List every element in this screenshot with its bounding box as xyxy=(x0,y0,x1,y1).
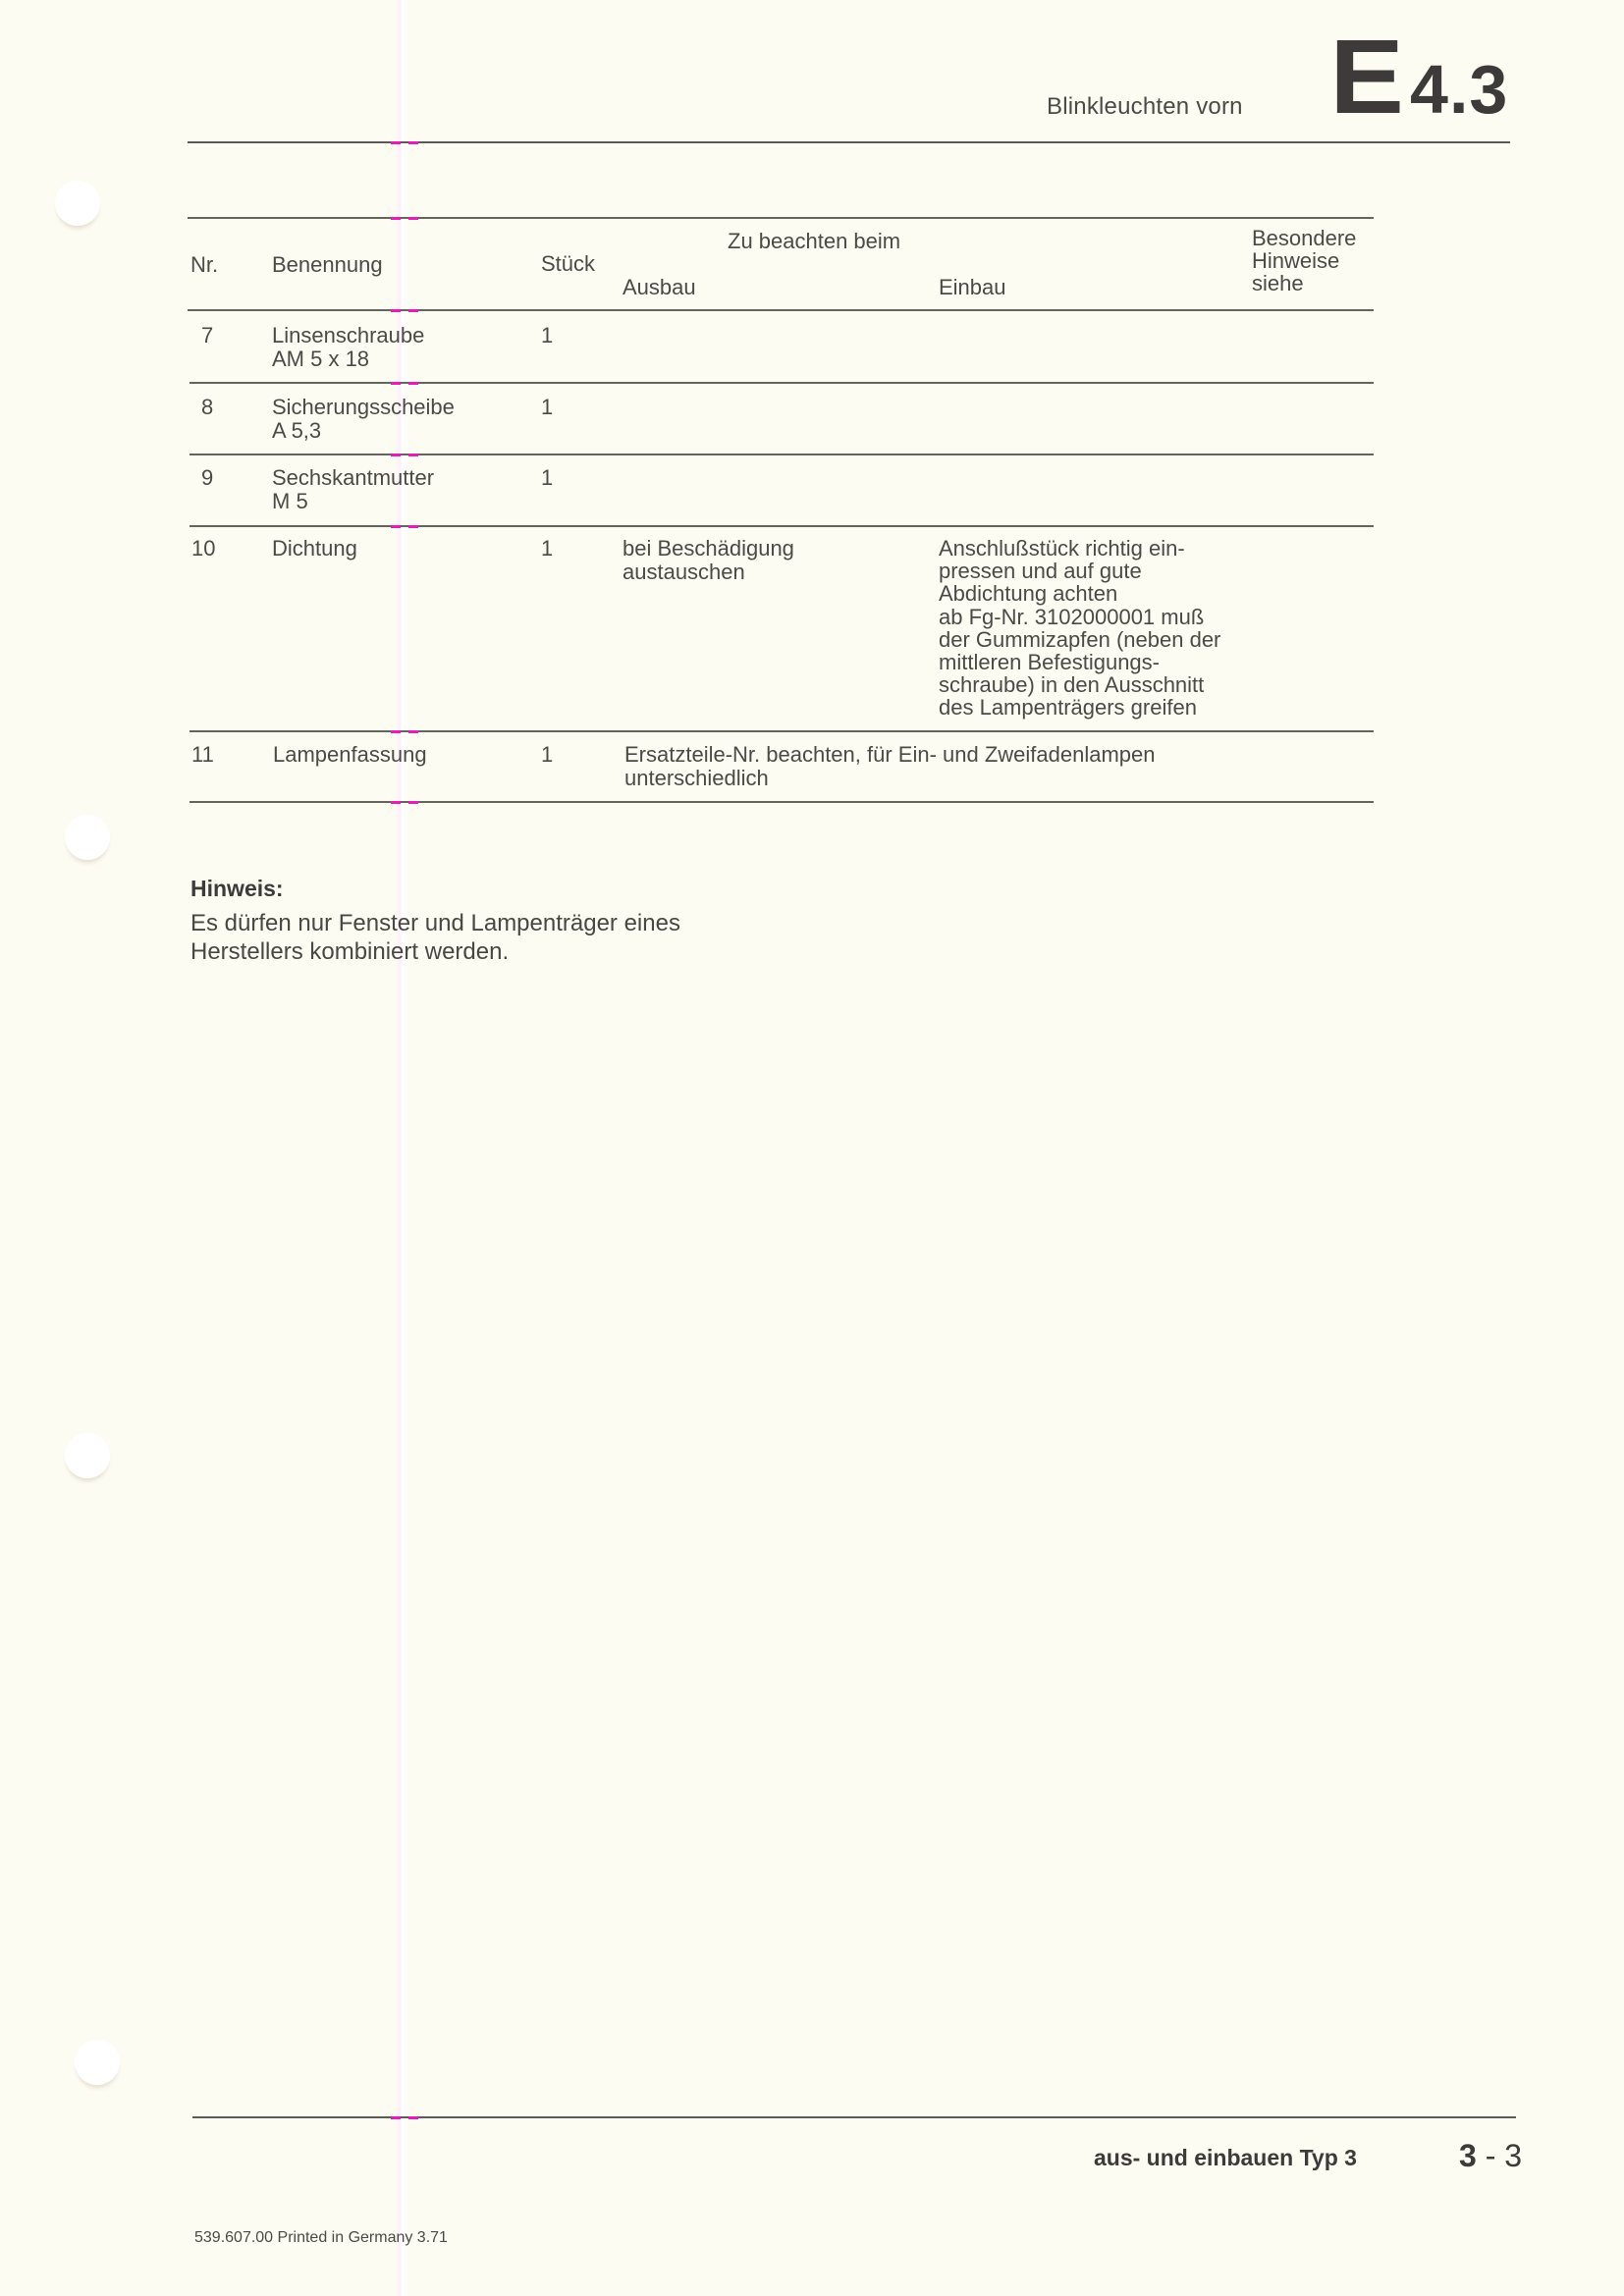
col-header-stueck: Stück xyxy=(541,251,595,277)
scan-tick xyxy=(391,141,401,144)
scan-tick xyxy=(391,309,401,312)
section-letter: E xyxy=(1329,27,1404,126)
row-stueck: 1 xyxy=(541,324,553,347)
row-nr: 11 xyxy=(191,743,214,767)
col-header-ausbau: Ausbau xyxy=(623,275,696,300)
row-nr: 7 xyxy=(201,324,213,347)
row-benennung: Dichtung xyxy=(272,537,357,561)
note-text: Es dürfen nur Fenster und Lampenträger e… xyxy=(190,909,680,966)
row-rule xyxy=(189,382,1374,384)
row-nr: 9 xyxy=(201,466,213,490)
col-header-benennung: Benennung xyxy=(272,252,383,278)
row-stueck: 1 xyxy=(541,743,553,767)
page-subtitle: Blinkleuchten vorn xyxy=(1047,93,1243,121)
section-code: E4.3 xyxy=(1331,27,1508,138)
scan-tick xyxy=(391,217,401,220)
col-header-besondere: Besondere Hinweise siehe xyxy=(1252,227,1356,294)
note-title: Hinweis: xyxy=(190,876,284,902)
row-nr: 10 xyxy=(191,537,215,561)
punch-hole xyxy=(65,1433,110,1478)
footer-title: aus- und einbauen Typ 3 xyxy=(1094,2145,1357,2171)
punch-hole xyxy=(55,181,100,226)
row-einbau: Anschlußstück richtig ein- pressen und a… xyxy=(939,537,1220,720)
row-stueck: 1 xyxy=(541,396,553,419)
scan-tick xyxy=(391,382,401,385)
scan-tick xyxy=(408,309,418,312)
table-top-rule xyxy=(188,217,1374,219)
print-info: 539.607.00 Printed in Germany 3.71 xyxy=(194,2229,448,2247)
row-benennung: Sicherungsscheibe A 5,3 xyxy=(272,396,455,443)
header-bottom-rule xyxy=(188,309,1374,311)
col-header-group: Zu beachten beim xyxy=(728,229,900,254)
scan-tick xyxy=(391,525,401,528)
row-benennung: Lampenfassung xyxy=(273,743,427,767)
row-stueck: 1 xyxy=(541,537,553,561)
header-rule xyxy=(188,141,1510,143)
row-rule xyxy=(189,454,1374,455)
scan-tick xyxy=(408,454,418,456)
scan-tick xyxy=(408,525,418,528)
scan-tick xyxy=(408,382,418,385)
row-ausbau: bei Beschädigung austauschen xyxy=(623,537,794,584)
row-benennung: Sechskantmutter M 5 xyxy=(272,466,434,513)
scan-tick xyxy=(408,217,418,220)
page-number: 3 - 3 xyxy=(1459,2138,1522,2174)
punch-hole xyxy=(75,2040,120,2085)
row-benennung: Linsenschraube AM 5 x 18 xyxy=(272,324,424,371)
scan-tick xyxy=(391,454,401,456)
punch-hole xyxy=(65,815,110,860)
scan-tick xyxy=(408,2116,418,2119)
scan-tick xyxy=(391,2116,401,2119)
row-nr: 8 xyxy=(201,396,213,419)
col-header-nr: Nr. xyxy=(190,252,218,278)
scan-tick xyxy=(391,730,401,733)
scan-tick xyxy=(408,141,418,144)
row-stueck: 1 xyxy=(541,466,553,490)
section-number: 4.3 xyxy=(1410,51,1508,128)
table-bottom-rule xyxy=(189,801,1374,803)
scan-tick xyxy=(408,730,418,733)
row-spanning-note: Ersatzteile-Nr. beachten, für Ein- und Z… xyxy=(624,743,1156,790)
col-header-einbau: Einbau xyxy=(939,275,1006,300)
scan-tick xyxy=(408,801,418,804)
scan-tick xyxy=(391,801,401,804)
row-rule xyxy=(189,730,1374,732)
row-rule xyxy=(189,525,1374,527)
